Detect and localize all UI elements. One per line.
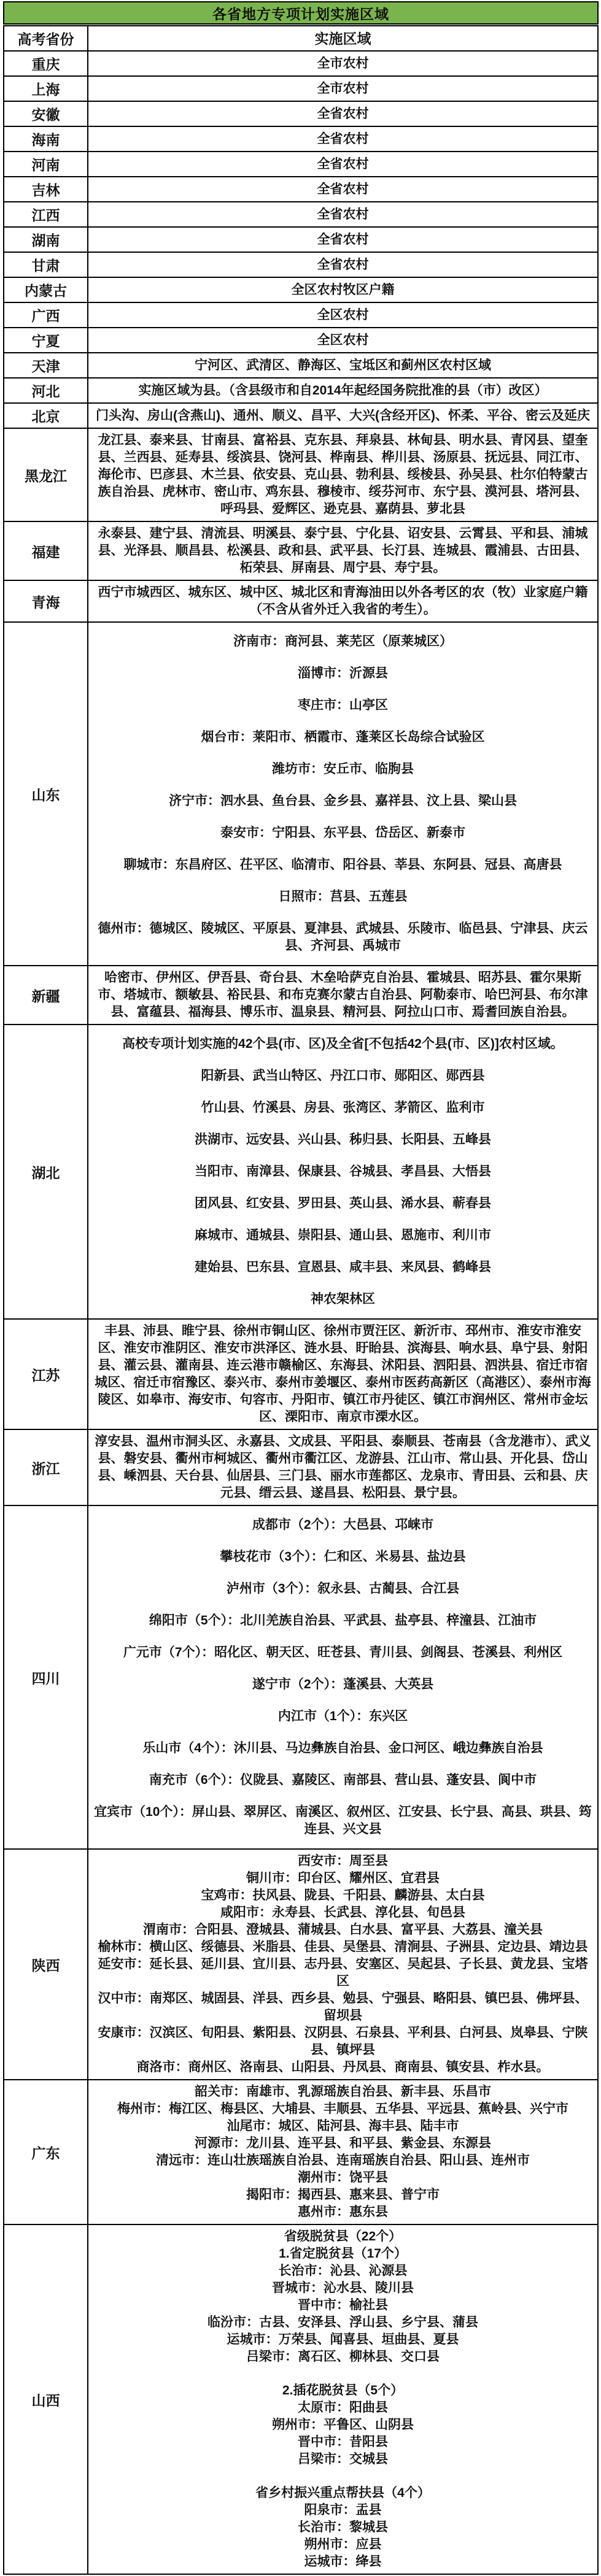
table-row: 重庆全市农村 [4, 52, 597, 77]
region-cell: 丰县、沛县、睢宁县、徐州市铜山区、徐州市贾汪区、新沂市、邳州市、淮安市淮安区、淮… [88, 1320, 597, 1429]
region-cell: 永泰县、建宁县、清流县、明溪县、泰宁县、宁化县、诏安县、云霄县、平和县、浦城县、… [88, 522, 597, 580]
region-cell: 西宁市城西区、城东区、城中区、城北区和青海油田以外各考区的农（牧）业家庭户籍（不… [88, 581, 597, 621]
region-line: 高校专项计划实施的42个县(市、区)及全省[不包括42个县(市、区)]农村区域。 [93, 1036, 592, 1053]
region-line: 运城市：绛县 [93, 2553, 592, 2570]
table-row: 四川成都市（2个）：大邑县、邛崃市攀枝花市（3个）：仁和区、米易县、盐边县泸州市… [4, 1506, 597, 1850]
region-line: 成都市（2个）：大邑县、邛崃市 [93, 1517, 592, 1534]
header-row: 高考省份 实施区域 [4, 26, 597, 52]
region-cell: 全省农村 [88, 127, 597, 151]
region-cell: 哈密市、伊州区、伊吾县、奇台县、木垒哈萨克自治县、霍城县、昭苏县、霍尔果斯市、塔… [88, 966, 597, 1024]
region-line: 枣庄市：山亭区 [93, 697, 592, 714]
table-title: 各省地方专项计划实施区域 [212, 3, 389, 23]
region-line: 惠州市：惠东县 [93, 2204, 592, 2221]
region-line: 日照市：莒县、五莲县 [93, 888, 592, 905]
province-cell: 海南 [4, 127, 88, 151]
region-line: 全省农村 [93, 206, 592, 223]
region-cell: 省级脱贫县（22个）1.省定脱贫县（17个）长治市：沁县、沁源县晋城市：沁水县、… [88, 2225, 597, 2574]
region-line [93, 2366, 592, 2382]
region-line: 延安市：延长县、延川县、宜川县、志丹县、安塞区、吴起县、子长县、黄龙县、宝塔区 [93, 1956, 592, 1990]
region-cell: 韶关市：南雄市、乳源瑶族自治县、新丰县、乐昌市梅州市：梅江区、梅县区、大埔县、丰… [88, 2080, 597, 2224]
table-row: 浙江淳安县、温州市洞头区、永嘉县、文成县、平阳县、泰顺县、苍南县（含龙港市）、武… [4, 1430, 597, 1506]
region-line: 运城市：万荣县、闻喜县、垣曲县、夏县 [93, 2331, 592, 2348]
region-line: 聊城市：东昌府区、茌平区、临清市、阳谷县、莘县、东阿县、冠县、高唐县 [93, 856, 592, 874]
region-line: 梅州市：梅江区、梅县区、大埔县、丰顺县、五华县、平远县、蕉岭县、兴宁市 [93, 2101, 592, 2118]
table-row: 吉林全省农村 [4, 177, 597, 202]
region-line: 全省农村 [93, 231, 592, 248]
region-line: 麻城市、通城县、崇阳县、通山县、恩施市、利川市 [93, 1227, 592, 1244]
region-cell: 全省农村 [88, 102, 597, 126]
region-line: 烟台市：莱阳市、栖霞市、蓬莱区长岛综合试验区 [93, 729, 592, 746]
region-cell: 全省农村 [88, 253, 597, 277]
region-line: 绵阳市（5个）：北川羌族自治县、平武县、盐亭县、梓潼县、江油市 [93, 1612, 592, 1629]
table-row: 天津宁河区、武清区、静海区、宝坻区和蓟州区农村区域 [4, 353, 597, 379]
region-line: 安康市：汉滨区、旬阳县、紫阳县、汉阴县、石泉县、平利县、白河县、岚皋县、宁陕县、… [93, 2024, 592, 2059]
region-line: 晋中市：榆社县 [93, 2297, 592, 2314]
region-line: 清远市：连山壮族瑶族自治县、连南瑶族自治县、阳山县、连州市 [93, 2152, 592, 2169]
region-line: 吕梁市：离石区、柳林县、交口县 [93, 2348, 592, 2366]
region-line: 内江市（1个）：东兴区 [93, 1708, 592, 1725]
region-line: 攀枝花市（3个）：仁和区、米易县、盐边县 [93, 1548, 592, 1566]
region-line: 团风县、红安县、罗田县、英山县、浠水县、蕲春县 [93, 1195, 592, 1212]
region-line: 洪湖市、远安县、兴山县、秭归县、长阳县、五峰县 [93, 1131, 592, 1148]
table-row: 宁夏全区农村 [4, 328, 597, 353]
region-line: 德州市：德城区、陵城区、平原县、夏津县、武城县、乐陵市、临邑县、宁津县、庆云县、… [93, 920, 592, 955]
table-row: 北京门头沟、房山(含燕山)、通州、顺义、昌平、大兴(含经开区)、怀柔、平谷、密云… [4, 404, 597, 429]
province-cell: 河南 [4, 152, 88, 176]
region-cell: 全省农村 [88, 202, 597, 226]
region-line: 南充市（6个）：仪陇县、嘉陵区、南部县、营山县、蓬安县、阆中市 [93, 1772, 592, 1789]
province-cell: 四川 [4, 1506, 88, 1848]
region-line: 长治市：沁县、沁源县 [93, 2263, 592, 2280]
region-line: 哈密市、伊州区、伊吾县、奇台县、木垒哈萨克自治县、霍城县、昭苏县、霍尔果斯市、塔… [93, 969, 592, 1021]
province-cell: 山西 [4, 2225, 88, 2574]
table-row: 山西省级脱贫县（22个）1.省定脱贫县（17个）长治市：沁县、沁源县晋城市：沁水… [4, 2225, 597, 2574]
region-line: 全省农村 [93, 131, 592, 148]
region-cell: 全区农村牧区户籍 [88, 278, 597, 302]
region-line: 宝鸡市：扶风县、陇县、千阳县、麟游县、太白县 [93, 1887, 592, 1904]
table-row: 广东韶关市：南雄市、乳源瑶族自治县、新丰县、乐昌市梅州市：梅江区、梅县区、大埔县… [4, 2080, 597, 2225]
table-row: 安徽全省农村 [4, 102, 597, 127]
province-cell: 北京 [4, 404, 88, 428]
region-line: 汕尾市：城区、陆河县、海丰县、陆丰市 [93, 2118, 592, 2135]
region-line: 吕梁市：交城县 [93, 2451, 592, 2468]
region-line: 泸州市（3个）：叙永县、古蔺县、合江县 [93, 1580, 592, 1598]
province-cell: 吉林 [4, 177, 88, 201]
region-line: 1.省定脱贫县（17个） [93, 2245, 592, 2263]
region-cell: 实施区域为县。（含县级市和自2014年起经国务院批准的县（市）改区） [88, 379, 597, 402]
region-line: 全区农村牧区户籍 [93, 282, 592, 299]
region-line: 朔州市：平鲁区、山阴县 [93, 2416, 592, 2434]
region-line: 晋中市：昔阳县 [93, 2434, 592, 2451]
table-row: 江西全省农村 [4, 202, 597, 228]
table-row: 山东济南市：商河县、莱芜区（原莱城区）淄博市：沂源县枣庄市：山亭区烟台市：莱阳市… [4, 623, 597, 966]
province-cell: 江西 [4, 202, 88, 226]
table-row: 福建永泰县、建宁县、清流县、明溪县、泰宁县、宁化县、诏安县、云霄县、平和县、浦城… [4, 522, 597, 581]
region-line: 实施区域为县。（含县级市和自2014年起经国务院批准的县（市）改区） [93, 382, 592, 399]
region-line: 门头沟、房山(含燕山)、通州、顺义、昌平、大兴(含经开区)、怀柔、平谷、密云及延… [93, 407, 592, 425]
region-line: 临汾市：古县、安泽县、浮山县、乡宁县、蒲县 [93, 2314, 592, 2331]
region-line: 全区农村 [93, 307, 592, 324]
region-line: 宜宾市（10个）：屏山县、翠屏区、南溪区、叙州区、江安县、长宁县、高县、珙县、筠… [93, 1804, 592, 1838]
region-cell: 全省农村 [88, 177, 597, 201]
region-line: 永泰县、建宁县、清流县、明溪县、泰宁县、宁化县、诏安县、云霄县、平和县、浦城县、… [93, 525, 592, 577]
region-cell: 龙江县、泰来县、甘南县、富裕县、克东县、拜泉县、林甸县、明水县、青冈县、望奎县、… [88, 429, 597, 521]
province-cell: 浙江 [4, 1430, 88, 1505]
region-line: 长治市：黎城县 [93, 2519, 592, 2536]
province-cell: 河北 [4, 379, 88, 402]
province-cell: 安徽 [4, 102, 88, 126]
province-cell: 内蒙古 [4, 278, 88, 302]
table-row: 广西全区农村 [4, 303, 597, 328]
region-line: 晋城市：沁水县、陵川县 [93, 2280, 592, 2297]
region-line: 乐山市（4个）：沐川县、马边彝族自治县、金口河区、峨边彝族自治县 [93, 1740, 592, 1757]
table-row: 河北实施区域为县。（含县级市和自2014年起经国务院批准的县（市）改区） [4, 379, 597, 404]
region-cell: 门头沟、房山(含燕山)、通州、顺义、昌平、大兴(含经开区)、怀柔、平谷、密云及延… [88, 404, 597, 428]
region-line: 省乡村振兴重点帮扶县（4个） [93, 2485, 592, 2502]
table-row: 陕西西安市：周至县铜川市：印台区、耀州区、宜君县宝鸡市：扶风县、陇县、千阳县、麟… [4, 1850, 597, 2080]
region-line: 宁河区、武清区、静海区、宝坻区和蓟州区农村区域 [93, 357, 592, 374]
region-cell: 淳安县、温州市洞头区、永嘉县、文成县、平阳县、泰顺县、苍南县（含龙港市）、武义县… [88, 1430, 597, 1505]
region-line: 全省农村 [93, 256, 592, 274]
column-header-region-label: 实施区域 [93, 30, 592, 47]
region-line: 西安市：周至县 [93, 1853, 592, 1870]
region-line: 龙江县、泰来县、甘南县、富裕县、克东县、拜泉县、林甸县、明水县、青冈县、望奎县、… [93, 432, 592, 518]
region-line: 广元市（7个）：昭化区、朝天区、旺苍县、青川县、剑阁县、苍溪县、利州区 [93, 1644, 592, 1661]
province-cell: 天津 [4, 353, 88, 377]
table-row: 海南全省农村 [4, 127, 597, 152]
region-line: 竹山县、竹溪县、房县、张湾区、茅箭区、监利市 [93, 1099, 592, 1117]
table-row: 内蒙古全区农村牧区户籍 [4, 278, 597, 303]
province-cell: 湖南 [4, 228, 88, 252]
region-line: 当阳市、南漳县、保康县、谷城县、孝昌县、大悟县 [93, 1163, 592, 1180]
region-line: 2.插花脱贫县（5个） [93, 2382, 592, 2399]
region-line: 揭阳市：揭西县、惠来县、普宁市 [93, 2186, 592, 2204]
region-line: 淄博市：沂源县 [93, 665, 592, 682]
region-cell: 高校专项计划实施的42个县(市、区)及全省[不包括42个县(市、区)]农村区域。… [88, 1025, 597, 1318]
table-row: 新疆哈密市、伊州区、伊吾县、奇台县、木垒哈萨克自治县、霍城县、昭苏县、霍尔果斯市… [4, 966, 597, 1025]
region-cell: 宁河区、武清区、静海区、宝坻区和蓟州区农村区域 [88, 353, 597, 377]
region-line: 济宁市：泗水县、鱼台县、金乡县、嘉祥县、汶上县、梁山县 [93, 793, 592, 810]
table-row: 河南全省农村 [4, 152, 597, 177]
table-title-bar: 各省地方专项计划实施区域 [3, 1, 599, 25]
region-line: 西宁市城西区、城东区、城中区、城北区和青海油田以外各考区的农（牧）业家庭户籍（不… [93, 584, 592, 618]
region-cell: 全省农村 [88, 228, 597, 252]
region-line: 渭南市：合阳县、澄城县、蒲城县、白水县、富平县、大荔县、潼关县 [93, 1921, 592, 1939]
region-line: 济南市：商河县、莱芜区（原莱城区） [93, 633, 592, 650]
region-line [93, 2468, 592, 2485]
region-line: 汉中市：南郑区、城固县、洋县、西乡县、勉县、宁强县、略阳县、镇巴县、佛坪县、留坝… [93, 1990, 592, 2024]
region-line: 河源市：龙川县、连平县、和平县、紫金县、东源县 [93, 2135, 592, 2152]
region-cell: 济南市：商河县、莱芜区（原莱城区）淄博市：沂源县枣庄市：山亭区烟台市：莱阳市、栖… [88, 623, 597, 965]
province-cell: 黑龙江 [4, 429, 88, 521]
region-cell: 全省农村 [88, 152, 597, 176]
province-cell: 甘肃 [4, 253, 88, 277]
province-cell: 山东 [4, 623, 88, 965]
province-cell: 新疆 [4, 966, 88, 1024]
province-cell: 重庆 [4, 52, 88, 75]
province-cell: 宁夏 [4, 328, 88, 352]
province-cell: 青海 [4, 581, 88, 621]
special-plan-table: 各省地方专项计划实施区域 高考省份 实施区域 重庆全市农村上海全市农村安徽全省农… [0, 0, 601, 2576]
region-cell: 全区农村 [88, 328, 597, 352]
region-line: 全市农村 [93, 55, 592, 72]
region-line: 全省农村 [93, 181, 592, 198]
region-line: 咸阳市：永寿县、长武县、淳化县、旬邑县 [93, 1904, 592, 1921]
region-line: 榆林市：横山区、绥德县、米脂县、佳县、吴堡县、清涧县、子洲县、定边县、靖边县 [93, 1939, 592, 1956]
region-line: 朔州市：应县 [93, 2536, 592, 2553]
province-cell: 湖北 [4, 1025, 88, 1318]
region-line: 潍坊市：安丘市、临朐县 [93, 761, 592, 778]
column-header-region: 实施区域 [88, 26, 597, 50]
region-cell: 西安市：周至县铜川市：印台区、耀州区、宜君县宝鸡市：扶风县、陇县、千阳县、麟游县… [88, 1850, 597, 2079]
table-row: 湖南全省农村 [4, 228, 597, 253]
region-cell: 全市农村 [88, 77, 597, 101]
region-line: 全区农村 [93, 332, 592, 349]
region-line: 潮州市：饶平县 [93, 2169, 592, 2186]
column-header-province: 高考省份 [4, 26, 88, 50]
table-row: 甘肃全省农村 [4, 253, 597, 278]
region-cell: 全区农村 [88, 303, 597, 327]
region-line: 太原市：阳曲县 [93, 2399, 592, 2416]
region-line: 阳泉市：盂县 [93, 2502, 592, 2519]
region-line: 泰安市：宁阳县、东平县、岱岳区、新泰市 [93, 825, 592, 842]
region-line: 商洛市：商州区、洛南县、山阳县、丹凤县、商南县、镇安县、柞水县。 [93, 2059, 592, 2076]
table-row: 黑龙江龙江县、泰来县、甘南县、富裕县、克东县、拜泉县、林甸县、明水县、青冈县、望… [4, 429, 597, 522]
region-line: 建始县、巴东县、宣恩县、咸丰县、来凤县、鹤峰县 [93, 1259, 592, 1276]
table-row: 江苏丰县、沛县、睢宁县、徐州市铜山区、徐州市贾汪区、新沂市、邳州市、淮安市淮安区… [4, 1320, 597, 1430]
province-cell: 上海 [4, 77, 88, 101]
region-cell: 全市农村 [88, 52, 597, 75]
region-line: 神农架林区 [93, 1291, 592, 1308]
region-line: 遂宁市（2个）：蓬溪县、大英县 [93, 1676, 592, 1693]
region-line: 全省农村 [93, 156, 592, 173]
province-cell: 福建 [4, 522, 88, 580]
region-line: 全市农村 [93, 80, 592, 98]
table-row: 湖北高校专项计划实施的42个县(市、区)及全省[不包括42个县(市、区)]农村区… [4, 1025, 597, 1320]
table-row: 青海西宁市城西区、城东区、城中区、城北区和青海油田以外各考区的农（牧）业家庭户籍… [4, 581, 597, 623]
region-line: 铜川市：印台区、耀州区、宜君县 [93, 1870, 592, 1887]
regions-table: 高考省份 实施区域 重庆全市农村上海全市农村安徽全省农村海南全省农村河南全省农村… [3, 25, 599, 2575]
region-line: 省级脱贫县（22个） [93, 2228, 592, 2245]
region-line: 韶关市：南雄市、乳源瑶族自治县、新丰县、乐昌市 [93, 2083, 592, 2101]
province-cell: 广东 [4, 2080, 88, 2224]
region-cell: 成都市（2个）：大邑县、邛崃市攀枝花市（3个）：仁和区、米易县、盐边县泸州市（3… [88, 1506, 597, 1848]
province-cell: 江苏 [4, 1320, 88, 1429]
region-line: 淳安县、温州市洞头区、永嘉县、文成县、平阳县、泰顺县、苍南县（含龙港市）、武义县… [93, 1433, 592, 1502]
table-row: 上海全市农村 [4, 77, 597, 102]
province-cell: 陕西 [4, 1850, 88, 2079]
region-line: 丰县、沛县、睢宁县、徐州市铜山区、徐州市贾汪区、新沂市、邳州市、淮安市淮安区、淮… [93, 1323, 592, 1426]
region-line: 阳新县、武当山特区、丹江口市、郧阳区、郧西县 [93, 1067, 592, 1085]
region-line: 全省农村 [93, 106, 592, 123]
province-cell: 广西 [4, 303, 88, 327]
